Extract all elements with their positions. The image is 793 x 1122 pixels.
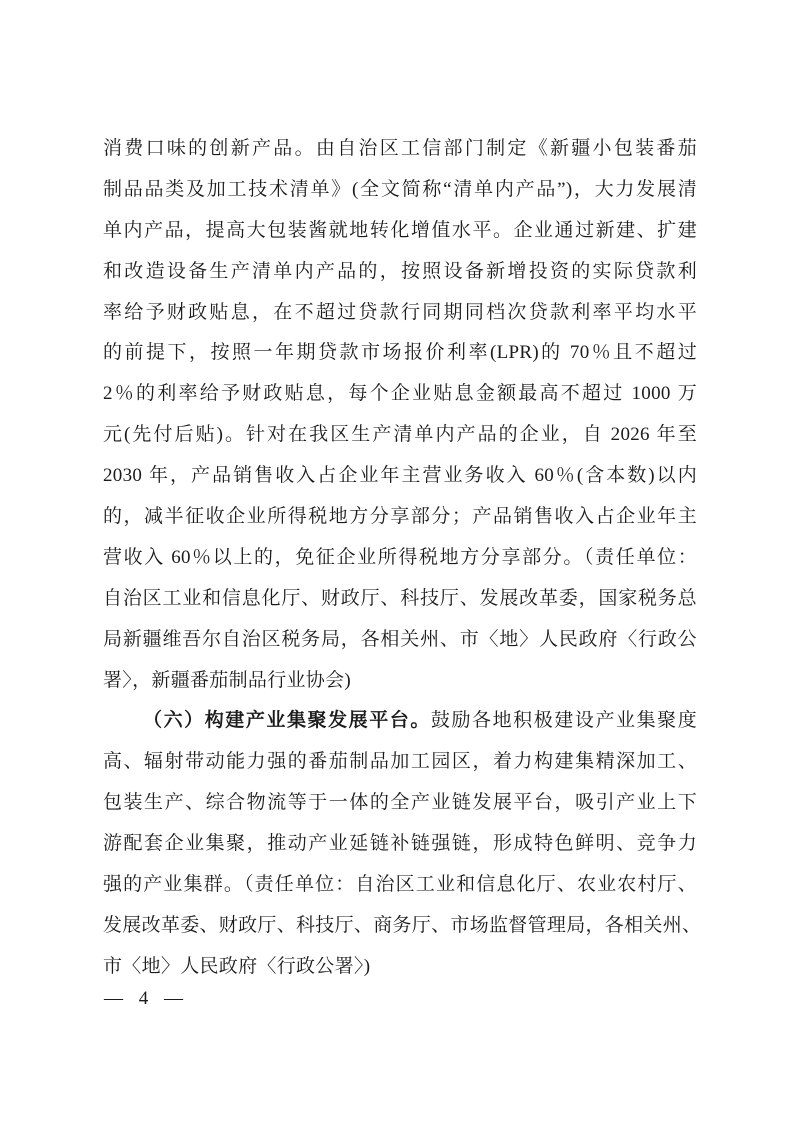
- text-line: 发展改革委、财政厅、科技厅、商务厅、市场监督管理局，各相关州、: [103, 906, 697, 947]
- text-line: 游配套企业集聚，推动产业延链补链强链，形成特色鲜明、竞争力: [103, 824, 697, 865]
- text-line: 自治区工业和信息化厅、财政厅、科技厅、发展改革委，国家税务总: [103, 579, 697, 620]
- text-line: 营收入 60％以上的，免征企业所得税地方分享部分。（责任单位：: [103, 538, 697, 579]
- text-line: 局新疆维吾尔自治区税务局，各相关州、市〈地〉人民政府〈行政公: [103, 620, 697, 661]
- text-line: 的前提下，按照一年期贷款市场报价利率(LPR)的 70％且不超过: [103, 333, 697, 374]
- text-line: 市〈地〉人民政府〈行政公署〉): [103, 947, 697, 988]
- section-heading: （六）构建产业集聚发展平台。: [143, 710, 431, 731]
- text-line: 包装生产、综合物流等于一体的全产业链发展平台，吸引产业上下: [103, 783, 697, 824]
- text-line: 署〉，新疆番茄制品行业协会): [103, 661, 697, 702]
- text-line: 和改造设备生产清单内产品的，按照设备新增投资的实际贷款利: [103, 252, 697, 293]
- document-body: 消费口味的创新产品。由自治区工信部门制定《新疆小包装番茄 制品品类及加工技术清单…: [103, 129, 697, 988]
- page-number: — 4 —: [104, 984, 185, 1014]
- text-line: 元(先付后贴)。针对在我区生产清单内产品的企业，自 2026 年至: [103, 415, 697, 456]
- text-line: 2％的利率给予财政贴息，每个企业贴息金额最高不超过 1000 万: [103, 374, 697, 415]
- text-line: 的，减半征收企业所得税地方分享部分；产品销售收入占企业年主: [103, 497, 697, 538]
- text-run: 鼓励各地积极建设产业集聚度: [431, 710, 697, 731]
- text-line: 单内产品，提高大包装酱就地转化增值水平。企业通过新建、扩建: [103, 211, 697, 252]
- text-line-section-start: （六）构建产业集聚发展平台。鼓励各地积极建设产业集聚度: [103, 701, 697, 742]
- text-line: 2030 年，产品销售收入占企业年主营业务收入 60％(含本数)以内: [103, 456, 697, 497]
- document-page: 消费口味的创新产品。由自治区工信部门制定《新疆小包装番茄 制品品类及加工技术清单…: [0, 0, 793, 1122]
- text-line: 高、辐射带动能力强的番茄制品加工园区，着力构建集精深加工、: [103, 742, 697, 783]
- text-line: 强的产业集群。（责任单位：自治区工业和信息化厅、农业农村厅、: [103, 865, 697, 906]
- text-line: 率给予财政贴息，在不超过贷款行同期同档次贷款利率平均水平: [103, 293, 697, 334]
- text-line: 制品品类及加工技术清单》(全文简称“清单内产品”)，大力发展清: [103, 170, 697, 211]
- text-line: 消费口味的创新产品。由自治区工信部门制定《新疆小包装番茄: [103, 129, 697, 170]
